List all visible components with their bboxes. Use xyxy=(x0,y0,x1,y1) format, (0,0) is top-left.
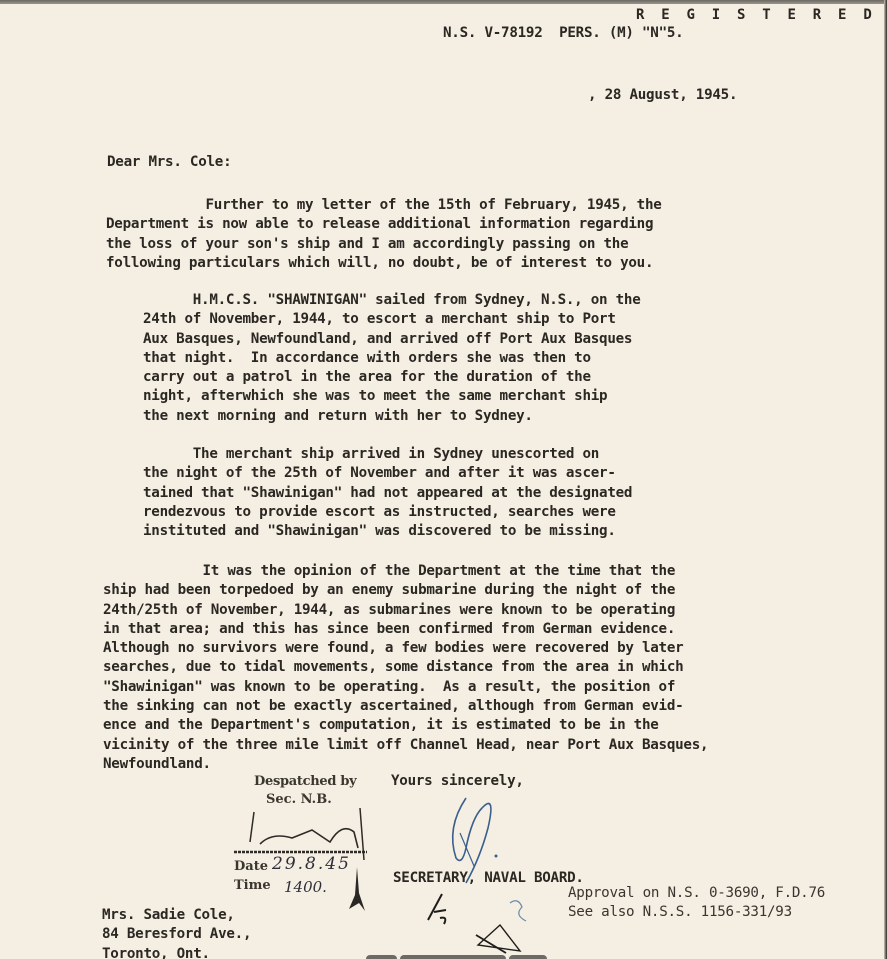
address-line: Toronto, Ont. xyxy=(102,946,210,959)
text-line: that night. In accordance with orders sh… xyxy=(143,350,591,366)
text-line: Department is now able to release additi… xyxy=(106,216,653,232)
text-line: tained that "Shawinigan" had not appeare… xyxy=(143,485,632,501)
stamp-time-value: 1400. xyxy=(284,878,327,896)
viewer-control-next[interactable] xyxy=(509,955,547,959)
stamp-date-value: 29.8.45 xyxy=(272,854,351,874)
see-also-line: See also N.S.S. 1156-331/93 xyxy=(568,904,792,920)
approval-line: Approval on N.S. 0-3690, F.D.76 xyxy=(568,885,825,901)
handwritten-mark-icon xyxy=(470,895,550,955)
text-line: The merchant ship arrived in Sydney unes… xyxy=(143,446,599,462)
letter-date: , 28 August, 1945. xyxy=(588,86,737,105)
text-line: It was the opinion of the Department at … xyxy=(103,563,675,579)
text-line: vicinity of the three mile limit off Cha… xyxy=(103,737,708,753)
paragraph-3: The merchant ship arrived in Sydney unes… xyxy=(143,445,632,541)
viewer-control-prev[interactable] xyxy=(366,955,397,959)
viewer-control-page[interactable] xyxy=(400,955,506,959)
text-line: the loss of your son's ship and I am acc… xyxy=(106,236,628,252)
text-line: the night of the 25th of November and af… xyxy=(143,465,616,481)
viewer-top-border xyxy=(0,0,887,4)
text-line: rendezvous to provide escort as instruct… xyxy=(143,504,616,520)
text-line: night, afterwhich she was to meet the sa… xyxy=(143,388,607,404)
text-line: the next morning and return with her to … xyxy=(143,408,533,424)
stamp-line-2: Sec. N.B. xyxy=(266,792,332,807)
text-line: 24th/25th of November, 1944, as submarin… xyxy=(103,602,675,618)
handwritten-initials-icon xyxy=(420,890,460,930)
ink-blot-icon xyxy=(345,865,369,915)
paragraph-2: H.M.C.S. "SHAWINIGAN" sailed from Sydney… xyxy=(143,291,641,426)
text-line: "Shawinigan" was known to be operating. … xyxy=(103,679,675,695)
recipient-address: Mrs. Sadie Cole, 84 Beresford Ave., Toro… xyxy=(102,906,251,959)
text-line: ence and the Department's computation, i… xyxy=(103,717,659,733)
address-line: Mrs. Sadie Cole, xyxy=(102,907,235,923)
file-reference: N.S. V-78192 PERS. (M) "N"5. xyxy=(443,24,683,43)
text-line: 24th of November, 1944, to escort a merc… xyxy=(143,311,616,327)
approval-note: Approval on N.S. 0-3690, F.D.76 See also… xyxy=(568,884,825,923)
stamp-date-label: Date xyxy=(234,859,268,874)
text-line: Newfoundland. xyxy=(103,756,211,772)
text-line: in that area; and this has since been co… xyxy=(103,621,675,637)
paragraph-4: It was the opinion of the Department at … xyxy=(103,562,708,774)
text-line: searches, due to tidal movements, some d… xyxy=(103,659,683,675)
registered-mark: R E G I S T E R E D xyxy=(636,6,876,25)
text-line: carry out a patrol in the area for the d… xyxy=(143,369,591,385)
text-line: following particulars which will, no dou… xyxy=(106,255,653,271)
signature-title: SECRETARY, NAVAL BOARD. xyxy=(393,869,584,888)
paragraph-1: Further to my letter of the 15th of Febr… xyxy=(106,196,662,273)
text-line: Aux Basques, Newfoundland, and arrived o… xyxy=(143,331,632,347)
text-line: Although no survivors were found, a few … xyxy=(103,640,683,656)
text-line: H.M.C.S. "SHAWINIGAN" sailed from Sydney… xyxy=(143,292,641,308)
text-line: Further to my letter of the 15th of Febr… xyxy=(106,197,662,213)
address-line: 84 Beresford Ave., xyxy=(102,926,251,942)
salutation: Dear Mrs. Cole: xyxy=(107,153,231,172)
text-line: instituted and "Shawinigan" was discover… xyxy=(143,523,616,539)
text-line: the sinking can not be exactly ascertain… xyxy=(103,698,683,714)
stamp-line-1: Despatched by xyxy=(254,774,356,789)
text-line: ship had been torpedoed by an enemy subm… xyxy=(103,582,675,598)
stamp-time-label: Time xyxy=(234,878,271,893)
